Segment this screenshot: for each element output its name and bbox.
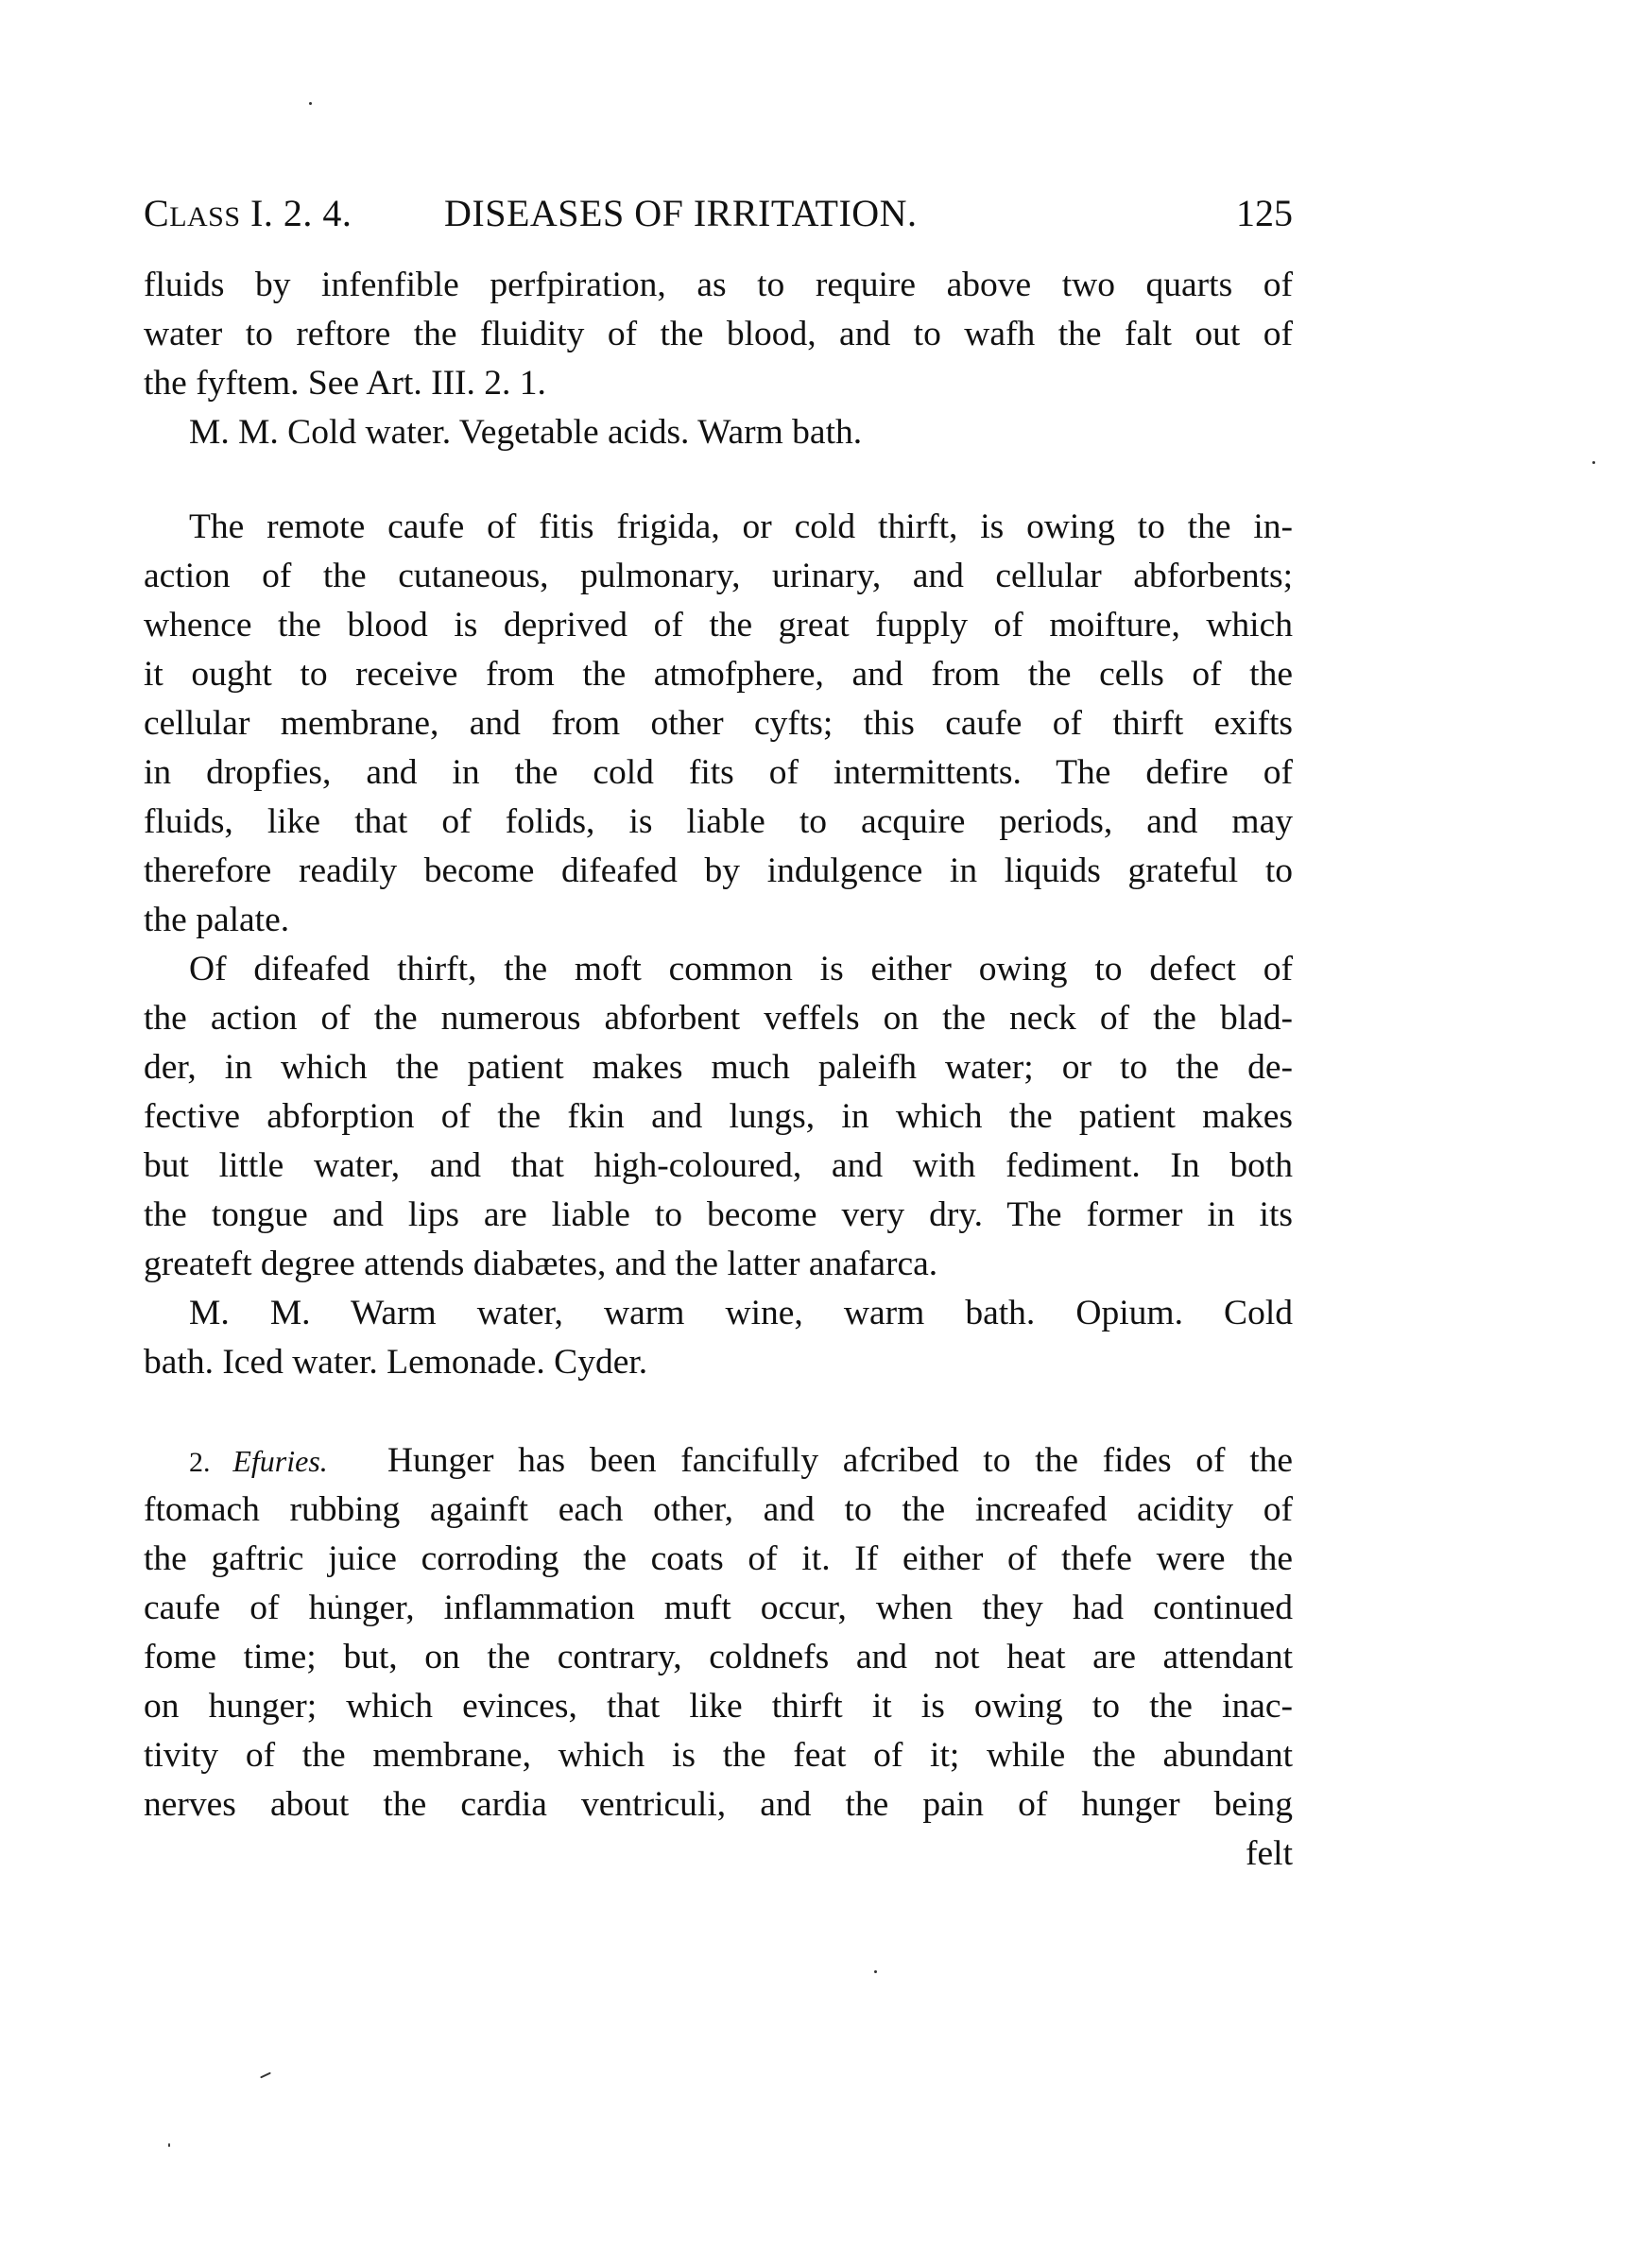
text-line: M. M. Warm water, warm wine, warm bath. … (189, 1289, 1293, 1338)
section-number: 2. (189, 1447, 232, 1478)
running-title: DISEASES OF IRRITATION. (444, 185, 918, 242)
text-line: ftomach rubbing againft each other, and … (144, 1486, 1293, 1535)
text-line: water to reftore the fluidity of the blo… (144, 310, 1293, 359)
text-line: nerves about the cardia ventriculi, and … (144, 1780, 1293, 1830)
text-line: the palate. (144, 896, 1293, 945)
text-line: felt (144, 1830, 1293, 1879)
running-header: CLASS I. 2. 4. DISEASES OF IRRITATION. 1… (144, 185, 1293, 242)
text-line: fome time; but, on the contrary, coldnef… (144, 1633, 1293, 1682)
text-line: bath. Iced water. Lemonade. Cyder. (144, 1338, 1293, 1387)
text-line: on hunger; which evinces, that like thir… (144, 1682, 1293, 1731)
line-text: Hunger has been fancifully afcribed to t… (387, 1441, 1293, 1480)
text-line: in dropfies, and in the cold fits of int… (144, 748, 1293, 798)
text-line: The remote caufe of fitis frigida, or co… (189, 503, 1293, 552)
class-section-label: CLASS I. 2. 4. (144, 185, 352, 246)
text-line: cellular membrane, and from other cyfts;… (144, 699, 1293, 748)
text-line: fluids, like that of folids, is liable t… (144, 798, 1293, 847)
book-page: CLASS I. 2. 4. DISEASES OF IRRITATION. 1… (0, 0, 1633, 2268)
page-number: 125 (1236, 185, 1293, 242)
text-line: caufe of hunger, inflammation muft occur… (144, 1584, 1293, 1633)
text-line: der, in which the patient makes much pal… (144, 1043, 1293, 1092)
text-line: the gaftric juice corroding the coats of… (144, 1535, 1293, 1584)
text-line: 2. Efuries. Hunger has been fancifully a… (189, 1436, 1293, 1486)
text-line: action of the cutaneous, pulmonary, urin… (144, 552, 1293, 601)
scan-speck (1592, 461, 1595, 464)
text-line: fluids by infenfible perfpiration, as to… (144, 261, 1293, 310)
scan-speck (309, 102, 312, 105)
text-line: tivity of the membrane, which is the fea… (144, 1731, 1293, 1780)
text-line: fective abforption of the fkin and lungs… (144, 1092, 1293, 1142)
text-line: greateft degree attends diabætes, and th… (144, 1240, 1293, 1289)
text-line: therefore readily become difeafed by ind… (144, 847, 1293, 896)
text-line: the tongue and lips are liable to become… (144, 1191, 1293, 1240)
text-line: but little water, and that high-coloured… (144, 1142, 1293, 1191)
text-line: Of difeafed thirft, the moft common is e… (189, 945, 1293, 994)
text-line: the action of the numerous abforbent vef… (144, 994, 1293, 1043)
scan-speck (874, 1970, 877, 1973)
scan-speck (168, 2143, 170, 2147)
text-line: the fyftem. See Art. III. 2. 1. (144, 359, 1293, 408)
text-line: whence the blood is deprived of the grea… (144, 601, 1293, 650)
text-line: M. M. Cold water. Vegetable acids. Warm … (189, 408, 1293, 457)
section-heading-italic: Efuries. (232, 1444, 327, 1478)
scan-speck (335, 1595, 338, 1598)
text-line: it ought to receive from the atmofphere,… (144, 650, 1293, 699)
scan-speck (260, 2072, 271, 2079)
